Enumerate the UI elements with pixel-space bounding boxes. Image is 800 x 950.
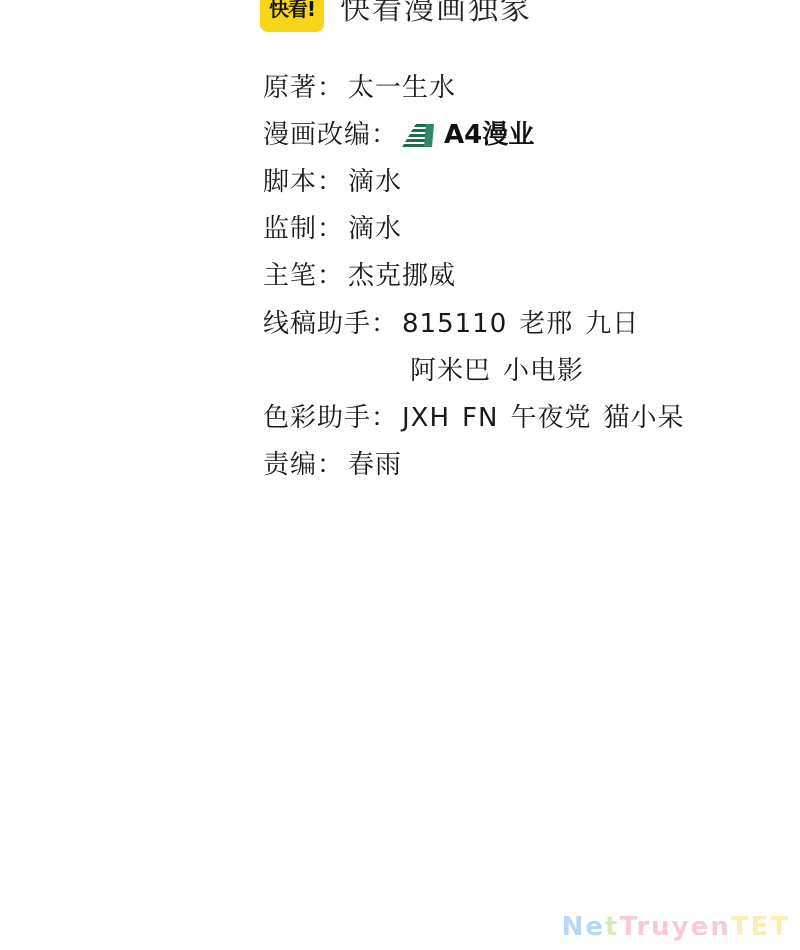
watermark-part: TET — [731, 912, 790, 942]
credit-label: 色彩助手： — [263, 405, 398, 431]
credit-row-original-author: 原著： 太一生水 — [263, 64, 684, 111]
credit-row-line-assistants: 线稿助手： 815110老邢九日 — [263, 300, 684, 347]
credit-value: FN — [462, 403, 498, 433]
credit-value: 阿米巴 — [410, 356, 491, 386]
credit-row-color-assistants: 色彩助手： JXHFN午夜党猫小呆 — [263, 394, 684, 441]
credit-value-list: 阿米巴小电影 — [410, 358, 584, 384]
watermark: NetTruyenTET — [562, 912, 790, 942]
credit-label: 责编： — [263, 452, 344, 478]
credit-value: 杰克挪威 — [348, 263, 456, 289]
credit-value: 滴水 — [348, 216, 402, 242]
a4-brand-text: A4漫业 — [444, 122, 534, 148]
credit-value: 猫小呆 — [603, 403, 684, 433]
credit-row-script: 脚本： 滴水 — [263, 158, 684, 205]
credit-label: 线稿助手： — [263, 311, 398, 337]
header: 快看! 快看漫画独家 — [260, 0, 532, 32]
credit-row-supervisor: 监制： 滴水 — [263, 206, 684, 253]
credit-label: 脚本： — [263, 169, 344, 195]
credit-label: 监制： — [263, 216, 344, 242]
credit-value: 午夜党 — [510, 403, 591, 433]
watermark-part: t — [605, 912, 619, 942]
credit-row-adaptation: 漫画改编： A4漫业 — [263, 111, 684, 158]
credit-value-list: JXHFN午夜党猫小呆 — [402, 405, 684, 431]
credits-list: 原著： 太一生水 漫画改编： A4漫业 脚本： 滴水 监制： 滴水 — [263, 64, 684, 489]
credit-value: 815110 — [402, 309, 507, 339]
credit-row-editor: 责编： 春雨 — [263, 442, 684, 489]
watermark-part: Truyen — [619, 912, 730, 942]
credit-label: 主笔： — [263, 263, 344, 289]
a4-logo-icon — [402, 122, 438, 148]
credit-value: 老邢 — [519, 309, 573, 339]
credit-value: 滴水 — [348, 169, 402, 195]
watermark-part: Ne — [562, 912, 605, 942]
a4-brand: A4漫业 — [402, 122, 534, 148]
credit-value: 九日 — [585, 309, 639, 339]
credit-value: 春雨 — [348, 452, 402, 478]
credit-value-list: 815110老邢九日 — [402, 311, 639, 337]
credit-label: 漫画改编： — [263, 122, 398, 148]
credit-value: JXH — [402, 403, 450, 433]
credit-value: 小电影 — [503, 356, 584, 386]
kuaikan-logo-icon: 快看! — [260, 0, 324, 32]
credit-label: 原著： — [263, 75, 344, 101]
credit-value: 太一生水 — [348, 75, 456, 101]
credit-row-lead-artist: 主笔： 杰克挪威 — [263, 253, 684, 300]
credit-row-line-assistants-cont: 阿米巴小电影 — [263, 347, 684, 394]
header-title: 快看漫画独家 — [340, 0, 532, 28]
